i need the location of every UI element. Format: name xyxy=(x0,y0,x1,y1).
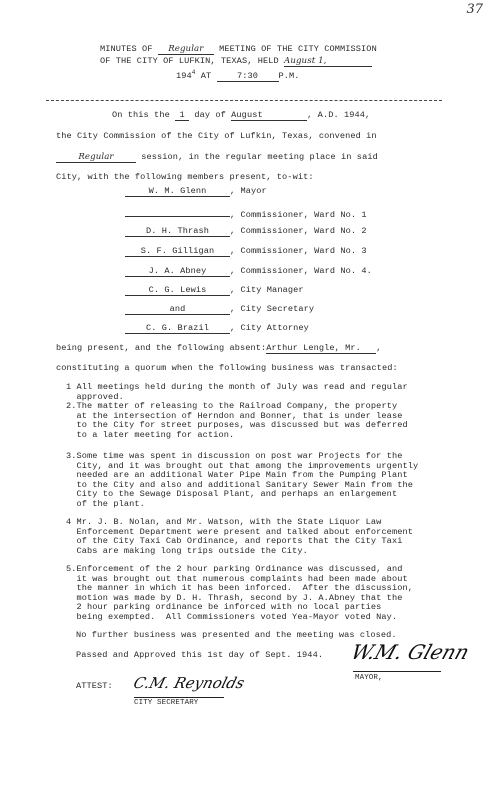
attendee-row: C. G. Lewis, City Manager xyxy=(125,285,304,296)
secretary-signature: C.M. Reynolds xyxy=(132,674,247,692)
item-line: Some time was spent in discussion on pos… xyxy=(77,451,403,461)
item-line: to the City for street purposes, was dis… xyxy=(77,420,408,430)
attendee-name: C. G. Lewis xyxy=(125,285,230,296)
item-line: at the intersection of Herndon and Bonne… xyxy=(77,411,403,421)
attendee-name: and xyxy=(125,304,230,315)
mayor-signature-line xyxy=(353,671,441,672)
attendee-row: , Commissioner, Ward No. 1 xyxy=(125,206,367,220)
item-line: to the City and also and additional Sani… xyxy=(77,480,413,490)
minute-item-4: 4 Mr. J. B. Nolan, and Mr. Watson, with … xyxy=(66,518,413,556)
item-line: Mr. J. B. Nolan, and Mr. Watson, with th… xyxy=(77,517,382,527)
item-line: All meetings held during the month of Ju… xyxy=(77,382,408,392)
item-line: 2 hour parking ordinance be inforced wit… xyxy=(77,602,382,612)
item-line: motion was made by D. H. Thrash, second … xyxy=(77,593,403,603)
opening-line-1: On this the 1 day of August, A.D. 1944, xyxy=(112,110,370,121)
closing-line: No further business was presented and th… xyxy=(76,630,397,640)
attendee-title: , Commissioner, Ward No. 1 xyxy=(230,210,367,220)
attendee-name: C. G. Brazil xyxy=(125,323,230,334)
text: , xyxy=(376,343,381,353)
text: session, in the regular meeting place in… xyxy=(141,152,378,162)
attendee-title: , City Attorney xyxy=(230,323,309,333)
header-line-2: OF THE CITY OF LUFKIN, TEXAS, HELD Augus… xyxy=(100,56,372,67)
mayor-label: MAYOR, xyxy=(355,673,383,683)
passed-line: Passed and Approved this 1st day of Sept… xyxy=(76,650,323,660)
document-page: 37 MINUTES OF Regular MEETING OF THE CIT… xyxy=(0,0,491,800)
item-line: City to the Sewage Disposal Plant, and p… xyxy=(77,489,398,499)
attendee-name xyxy=(125,206,230,217)
item-line: to a later meeting for action. xyxy=(77,430,235,440)
header-line-1: MINUTES OF Regular MEETING OF THE CITY C… xyxy=(100,44,377,55)
ampm: P.M. xyxy=(279,71,300,81)
header-text: MEETING OF THE CITY COMMISSION xyxy=(219,44,377,54)
text: , A.D. 1944, xyxy=(307,110,370,120)
attendee-title: , Commissioner, Ward No. 3 xyxy=(230,246,367,256)
header-text: MINUTES OF xyxy=(100,44,153,54)
text: day of xyxy=(194,110,226,120)
item-line: it was brought out that numerous complai… xyxy=(77,574,408,584)
item-line: City, and it was brought out that among … xyxy=(77,461,419,471)
attendee-title: , Mayor xyxy=(230,186,267,196)
minute-item-1: 1 All meetings held during the month of … xyxy=(66,382,408,402)
session-type: Regular xyxy=(56,152,136,163)
item-line: needed are an additional Water Pipe Main… xyxy=(77,470,408,480)
meeting-month: August xyxy=(231,110,307,121)
attendee-row: W. M. Glenn, Mayor xyxy=(125,186,267,197)
at-label: AT xyxy=(201,71,212,81)
attendee-title: , City Secretary xyxy=(230,304,314,314)
item-line: of the City Taxi Cab Ordinance, and repo… xyxy=(77,536,403,546)
minute-item-5: 5.Enforcement of the 2 hour parking Ordi… xyxy=(66,565,413,623)
attendee-title: , Commissioner, Ward No. 4. xyxy=(230,266,372,276)
attendee-name: W. M. Glenn xyxy=(125,186,230,197)
item-number: 3 xyxy=(66,451,71,461)
attendee-row: S. F. Gilligan, Commissioner, Ward No. 3 xyxy=(125,246,367,257)
attendee-row: D. H. Thrash, Commissioner, Ward No. 2 xyxy=(125,226,367,237)
item-number: 5 xyxy=(66,564,71,574)
header-line-3: 1944 AT 7:30P.M. xyxy=(176,68,300,82)
text: being present, and the following absent: xyxy=(56,343,266,353)
meeting-time: 7:30 xyxy=(217,71,279,82)
attest-label: ATTEST: xyxy=(76,681,113,691)
attendee-name: S. F. Gilligan xyxy=(125,246,230,257)
attendee-name: J. A. Abney xyxy=(125,266,230,277)
item-line: Enforcement of the 2 hour parking Ordina… xyxy=(77,564,403,574)
header-text: OF THE CITY OF LUFKIN, TEXAS, HELD xyxy=(100,56,279,66)
attendee-row: J. A. Abney, Commissioner, Ward No. 4. xyxy=(125,266,372,277)
item-number: 1 xyxy=(66,382,71,392)
secretary-label: CITY SECRETARY xyxy=(134,698,198,708)
year-prefix: 194 xyxy=(176,71,192,81)
item-line: of the plant. xyxy=(77,499,145,509)
absent-member: Arthur Lengle, Mr. xyxy=(266,343,376,354)
text: On this the xyxy=(112,110,170,120)
opening-line-3: Regular session, in the regular meeting … xyxy=(56,152,378,163)
absent-line: being present, and the following absent:… xyxy=(56,343,382,354)
item-line: Enforcement Department were present and … xyxy=(77,527,413,537)
minute-item-2: 2.The matter of releasing to the Railroa… xyxy=(66,402,408,440)
meeting-type: Regular xyxy=(158,44,214,55)
meeting-date: August 1, xyxy=(284,56,372,67)
year-digit: 4 xyxy=(192,69,196,76)
quorum-line: constituting a quorum when the following… xyxy=(56,363,398,373)
attendee-row: C. G. Brazil, City Attorney xyxy=(125,323,309,334)
item-line: the manner in which it has been inforced… xyxy=(77,583,413,593)
minute-item-3: 3.Some time was spent in discussion on p… xyxy=(66,452,418,510)
item-line: The matter of releasing to the Railroad … xyxy=(77,401,398,411)
item-number: 4 xyxy=(66,517,71,527)
dashed-divider xyxy=(46,100,442,101)
attendee-title: , City Manager xyxy=(230,285,304,295)
attendee-name: D. H. Thrash xyxy=(125,226,230,237)
mayor-signature: W.M. Glenn xyxy=(348,640,472,664)
opening-line-2: the City Commission of the City of Lufki… xyxy=(56,131,377,141)
opening-line-4: City, with the following members present… xyxy=(56,172,314,182)
meeting-day: 1 xyxy=(175,110,189,121)
page-number: 37 xyxy=(466,2,483,17)
item-line: being exempted. All Commissioners voted … xyxy=(77,612,398,622)
item-line: Cabs are making long trips outside the C… xyxy=(77,546,308,556)
item-number: 2 xyxy=(66,401,71,411)
attendee-row: and, City Secretary xyxy=(125,304,314,315)
attendee-title: , Commissioner, Ward No. 2 xyxy=(230,226,367,236)
